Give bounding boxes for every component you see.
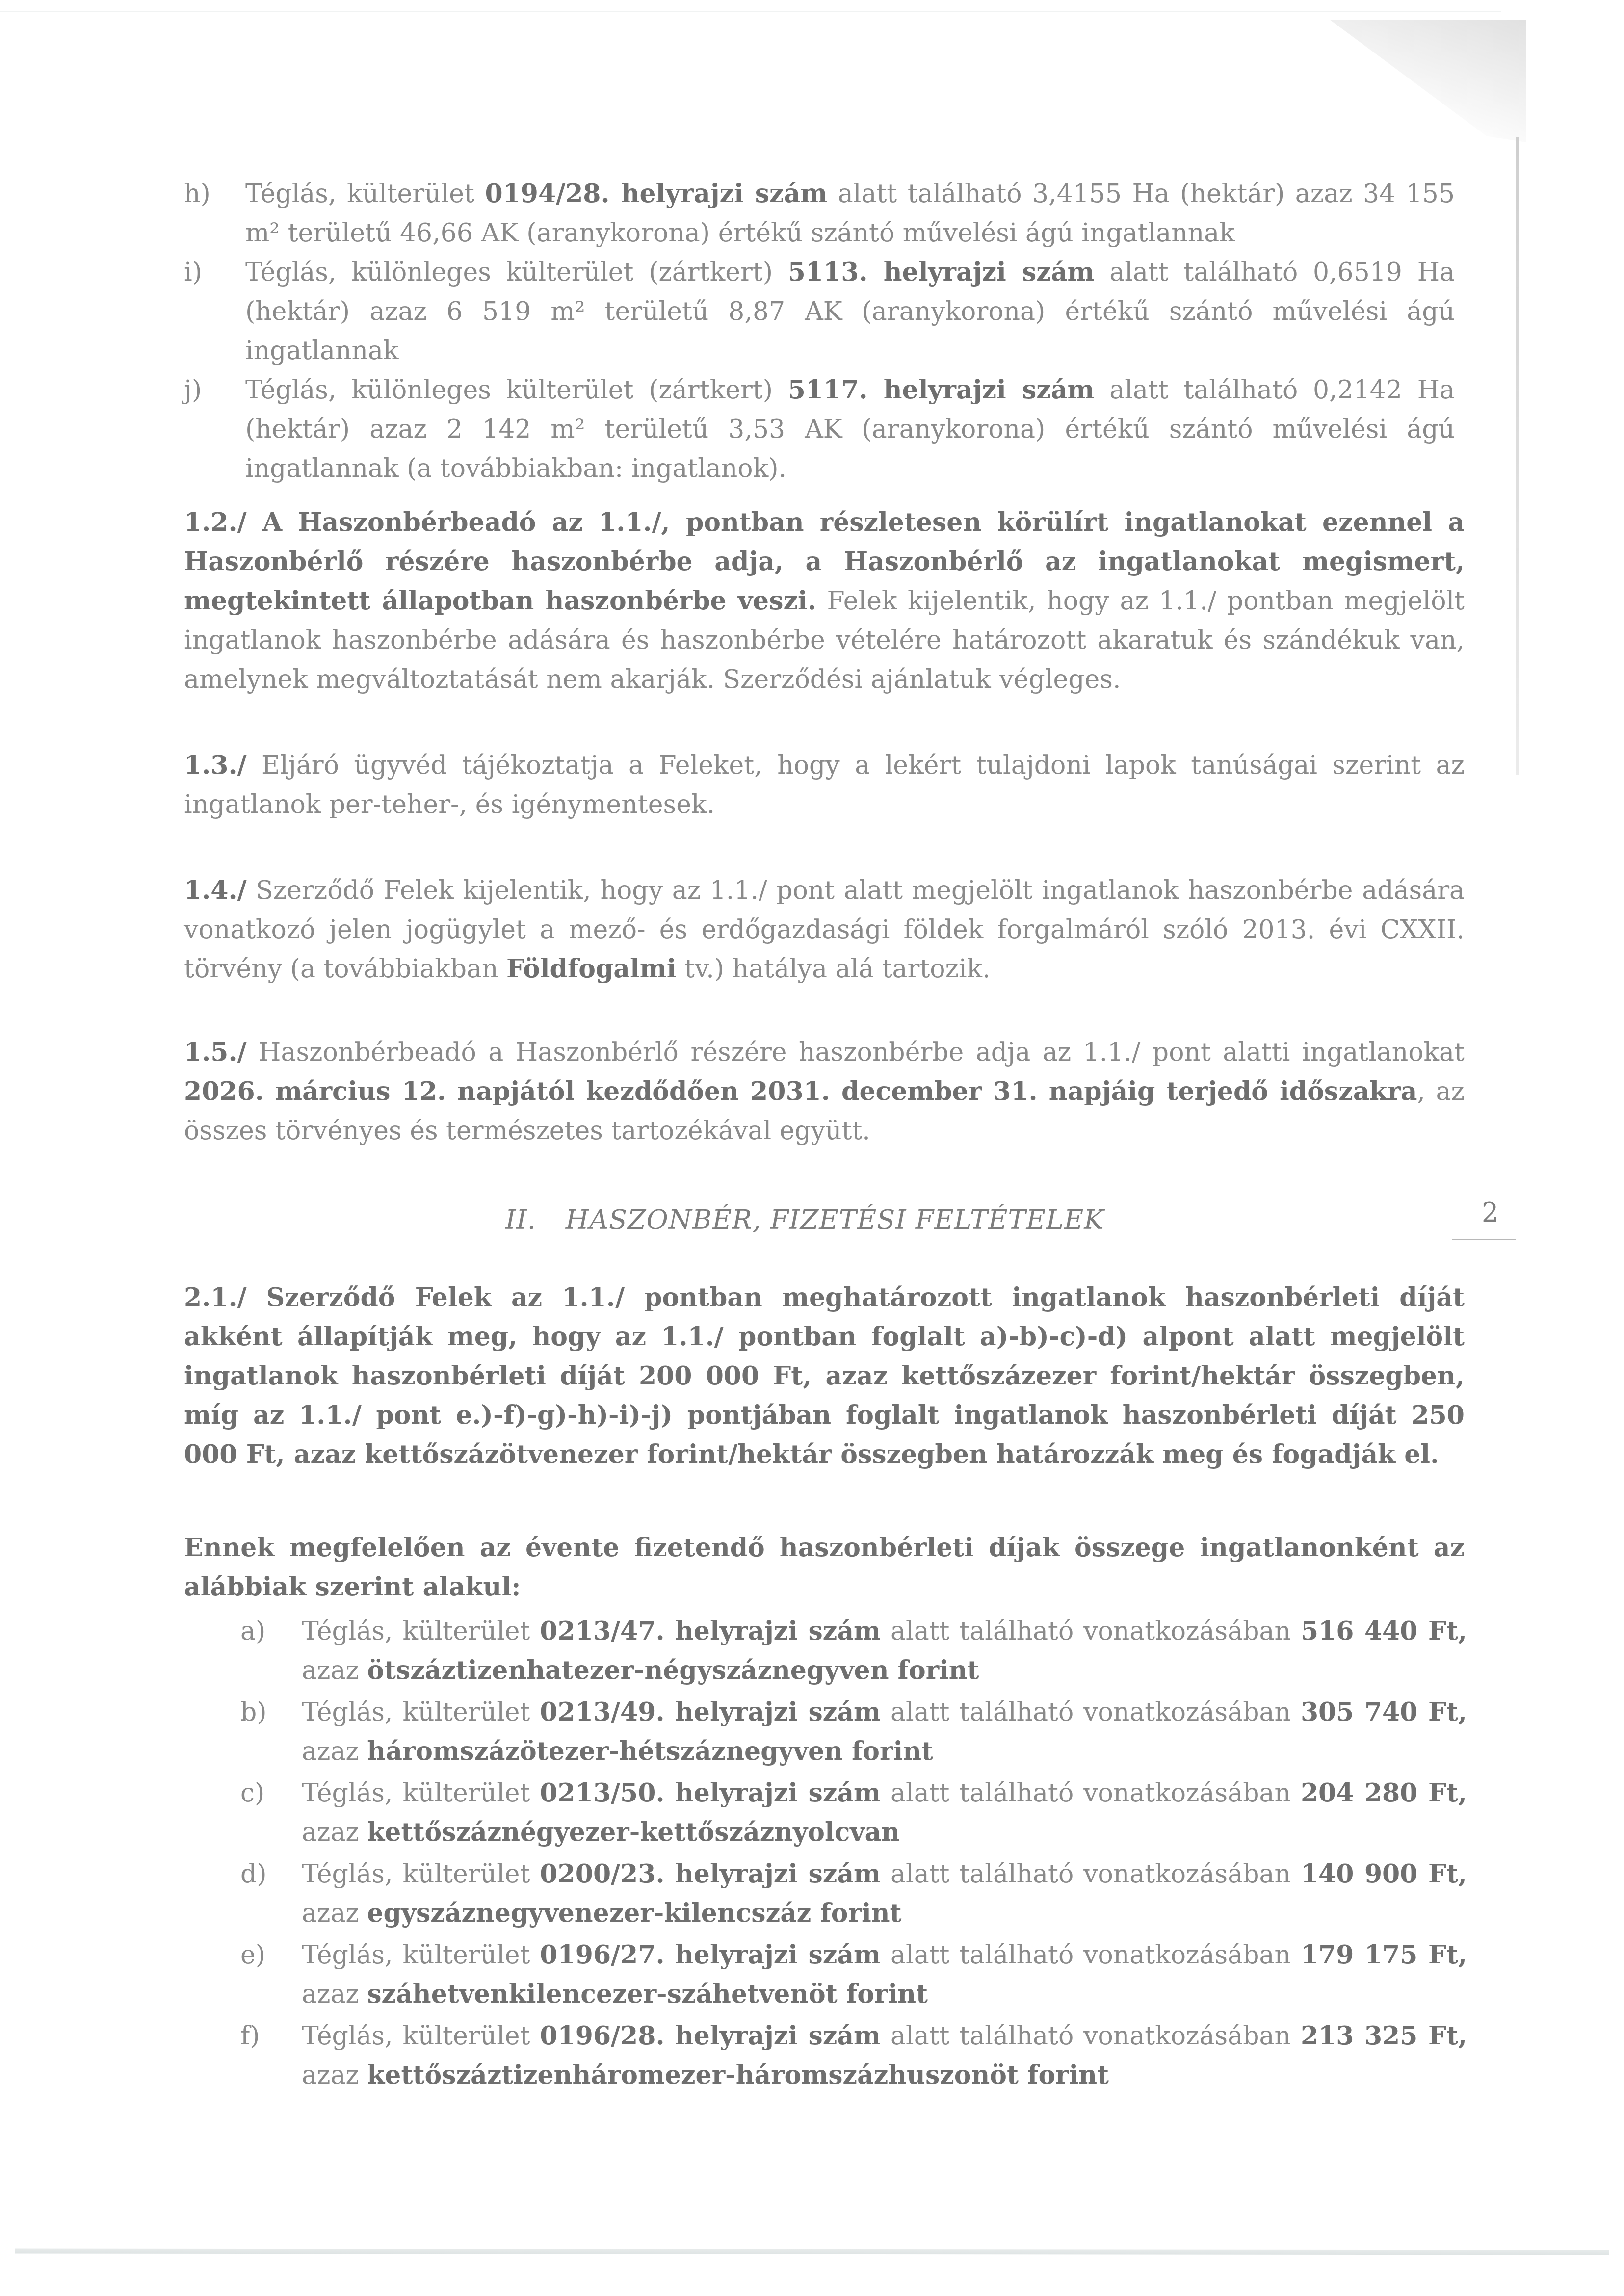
text-run: alatt található vonatkozásában	[881, 1617, 1301, 1646]
bold-run: 0213/50. helyrajzi szám	[540, 1778, 881, 1808]
fee-list-item: d)Téglás, külterület 0200/23. helyrajzi …	[240, 1854, 1467, 1933]
bold-run: 204 280 Ft,	[1301, 1778, 1467, 1808]
text-run: azaz	[302, 1737, 367, 1766]
bold-run: 5117. helyrajzi szám	[788, 375, 1095, 405]
scan-bottom-edge	[15, 2249, 1609, 2255]
page-number-rule	[1452, 1239, 1516, 1240]
list-item: j)Téglás, különleges külterület (zártker…	[184, 370, 1455, 488]
text-run: Téglás, külterület	[302, 1697, 540, 1727]
text-run: Téglás, külterület	[302, 1940, 540, 1970]
text-run: Téglás, különleges külterület (zártkert)	[245, 258, 788, 287]
text-run: azaz	[302, 1899, 367, 1928]
bold-run: ötszáztizenhatezer-négyszáznegyven forin…	[367, 1655, 979, 1685]
text-run: alatt található vonatkozásában	[881, 1697, 1301, 1727]
list-marker: f)	[240, 2016, 260, 2056]
text-run: azaz	[302, 1818, 367, 1847]
list-marker: h)	[184, 174, 210, 213]
bold-run: 0196/28. helyrajzi szám	[540, 2021, 881, 2051]
paragraph-2-1: 2.1./ Szerződő Felek az 1.1./ pontban me…	[184, 1278, 1465, 1474]
text-run: azaz	[302, 1980, 367, 2009]
list-item: h)Téglás, külterület 0194/28. helyrajzi …	[184, 174, 1455, 253]
scan-top-edge	[0, 11, 1501, 12]
bold-run: 213 325 Ft,	[1301, 2021, 1467, 2051]
bold-run: 140 900 Ft,	[1301, 1859, 1467, 1889]
list-item-text: Téglás, külterület 0200/23. helyrajzi sz…	[302, 1859, 1467, 1928]
section-number: II.	[505, 1204, 536, 1235]
list-item-text: Téglás, külterület 0196/28. helyrajzi sz…	[302, 2021, 1467, 2090]
bold-run: 305 740 Ft,	[1301, 1697, 1467, 1727]
fee-list-item: e)Téglás, külterület 0196/27. helyrajzi …	[240, 1935, 1467, 2014]
bold-run: kettőszáztizenháromezer-háromszázhuszonö…	[367, 2060, 1109, 2090]
bold-run: 1.5./	[184, 1037, 247, 1067]
fee-list-item: c)Téglás, külterület 0213/50. helyrajzi …	[240, 1774, 1467, 1852]
list-item-text: Téglás, különleges külterület (zártkert)…	[245, 258, 1455, 365]
list-item-text: Téglás, külterület 0196/27. helyrajzi sz…	[302, 1940, 1467, 2009]
text-run: Téglás, külterület	[302, 1778, 540, 1808]
bold-run: kettőszáznégyezer-kettőszáznyolcvan	[367, 1817, 900, 1847]
bold-run: 1.3./	[184, 750, 247, 780]
list-item: i)Téglás, különleges külterület (zártker…	[184, 253, 1455, 370]
bold-run: 5113. helyrajzi szám	[788, 257, 1095, 287]
bold-run: 2.1./ Szerződő Felek az 1.1./ pontban me…	[184, 1282, 1465, 1469]
paragraph-1-4: 1.4./ Szerződő Felek kijelentik, hogy az…	[184, 871, 1465, 989]
list-marker: i)	[184, 253, 202, 292]
section-title: II.HASZONBÉR, FIZETÉSI FELTÉTELEK	[505, 1204, 1104, 1235]
text-run: Haszonbérbeadó a Haszonbérlő részére has…	[247, 1038, 1465, 1067]
list-marker: c)	[240, 1774, 264, 1813]
property-list-continued: h)Téglás, külterület 0194/28. helyrajzi …	[184, 174, 1455, 488]
list-marker: a)	[240, 1612, 265, 1651]
text-run: alatt található vonatkozásában	[881, 1859, 1301, 1889]
scan-edge-shadow	[1516, 137, 1519, 775]
list-marker: b)	[240, 1693, 267, 1732]
list-item-text: Téglás, külterület 0213/50. helyrajzi sz…	[302, 1778, 1467, 1847]
fee-list-item: a)Téglás, külterület 0213/47. helyrajzi …	[240, 1612, 1467, 1690]
bold-run: Ennek megfelelően az évente fizetendő ha…	[184, 1533, 1465, 1602]
text-run: azaz	[302, 1656, 367, 1685]
fee-list-item: b)Téglás, külterület 0213/49. helyrajzi …	[240, 1693, 1467, 1771]
bold-run: 0196/27. helyrajzi szám	[540, 1940, 881, 1970]
list-item-text: Téglás, különleges külterület (zártkert)…	[245, 375, 1455, 483]
text-run: Téglás, külterület	[302, 1859, 540, 1889]
bold-run: 0213/47. helyrajzi szám	[540, 1616, 881, 1646]
list-item-text: Téglás, külterület 0213/47. helyrajzi sz…	[302, 1617, 1467, 1685]
bold-run: 179 175 Ft,	[1301, 1940, 1467, 1970]
text-run: alatt található vonatkozásában	[881, 1940, 1301, 1970]
bold-run: Földfogalmi	[506, 954, 677, 984]
text-run: alatt található vonatkozásában	[881, 1778, 1301, 1808]
paragraph-1-3: 1.3./ Eljáró ügyvéd tájékoztatja a Felek…	[184, 746, 1465, 824]
annual-fee-list: a)Téglás, külterület 0213/47. helyrajzi …	[240, 1612, 1467, 2097]
list-marker: e)	[240, 1935, 265, 1975]
bold-run: háromszázötezer-hétszáznegyven forint	[367, 1736, 933, 1766]
bold-run: egyszáznegyvenezer-kilencszáz forint	[367, 1898, 901, 1928]
page-number: 2	[1482, 1197, 1498, 1228]
text-run: Téglás, külterület	[302, 2021, 540, 2051]
text-run: Téglás, külterület	[245, 179, 485, 209]
bold-run: száhetvenkilencezer-száhetvenöt forint	[367, 1979, 928, 2009]
list-marker: j)	[184, 370, 202, 410]
bold-run: 0200/23. helyrajzi szám	[540, 1859, 881, 1889]
bold-run: 1.4./	[184, 875, 247, 905]
text-run: Téglás, külterület	[302, 1617, 540, 1646]
paragraph-fee-intro: Ennek megfelelően az évente fizetendő ha…	[184, 1528, 1465, 1607]
bold-run: 0213/49. helyrajzi szám	[540, 1697, 881, 1727]
list-item-text: Téglás, külterület 0194/28. helyrajzi sz…	[245, 179, 1455, 248]
text-run: Eljáró ügyvéd tájékoztatja a Feleket, ho…	[184, 751, 1465, 819]
text-run: tv.) hatálya alá tartozik.	[677, 954, 991, 984]
bold-run: 2026. március 12. napjától kezdődően 203…	[184, 1076, 1417, 1106]
bold-run: 0194/28. helyrajzi szám	[485, 179, 827, 209]
bold-run: 516 440 Ft,	[1301, 1616, 1467, 1646]
list-item-text: Téglás, külterület 0213/49. helyrajzi sz…	[302, 1697, 1467, 1766]
text-run: azaz	[302, 2061, 367, 2090]
fee-list-item: f)Téglás, külterület 0196/28. helyrajzi …	[240, 2016, 1467, 2095]
scan-fold-shadow	[1330, 20, 1526, 142]
paragraph-1-2: 1.2./ A Haszonbérbeadó az 1.1./, pontban…	[184, 503, 1465, 699]
list-marker: d)	[240, 1854, 267, 1894]
section-label: HASZONBÉR, FIZETÉSI FELTÉTELEK	[566, 1204, 1104, 1235]
text-run: Téglás, különleges külterület (zártkert)	[245, 375, 788, 405]
text-run: alatt található vonatkozásában	[881, 2021, 1301, 2051]
paragraph-1-5: 1.5./ Haszonbérbeadó a Haszonbérlő részé…	[184, 1033, 1465, 1150]
